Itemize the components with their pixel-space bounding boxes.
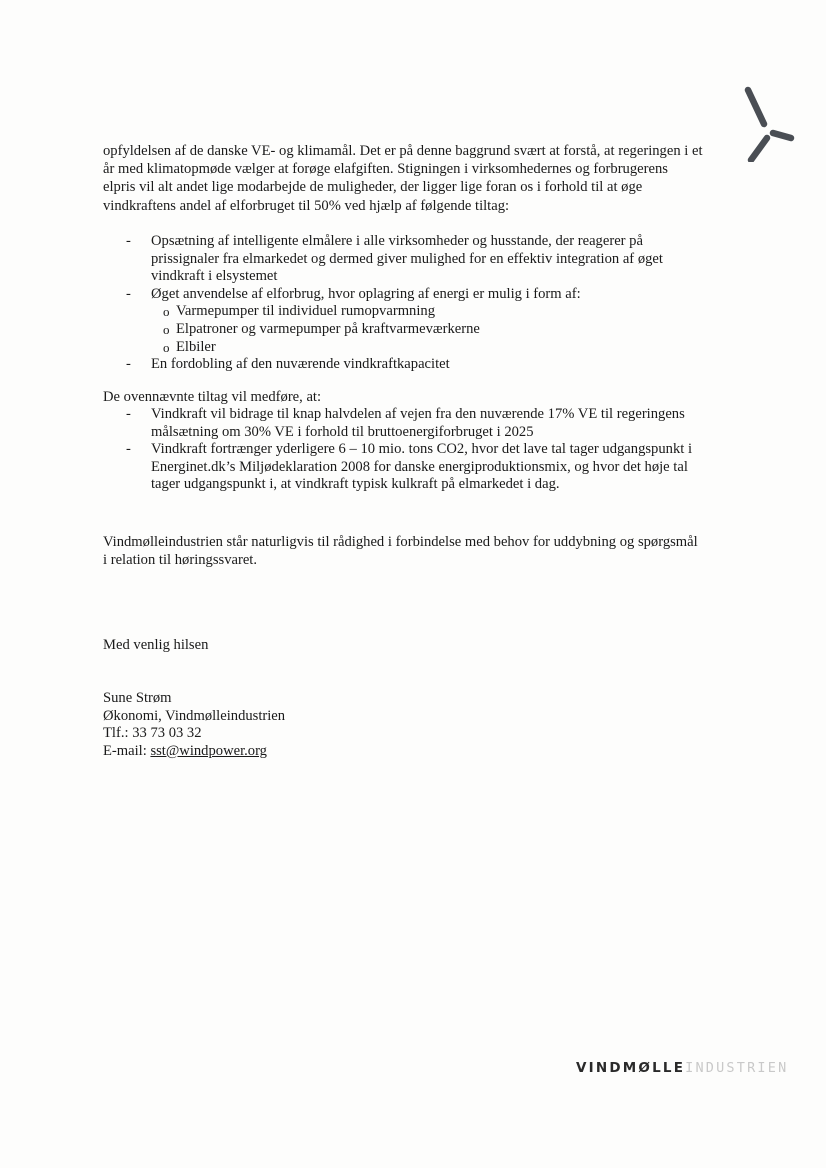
measure-item: - En fordobling af den nuværende vindkra…	[103, 356, 703, 374]
storage-option-item: oElbiler	[103, 339, 703, 357]
letter-page: opfyldelsen af de danske VE- og klimamål…	[0, 0, 826, 1168]
circle-bullet: o	[163, 303, 170, 321]
storage-option-item: oElpatroner og varmepumper på kraftvarme…	[103, 321, 703, 339]
wind-turbine-logo-icon	[738, 82, 798, 162]
availability-paragraph: Vindmølleindustrien står naturligvis til…	[103, 533, 703, 569]
signature-block: Sune Strøm Økonomi, Vindmølleindustrien …	[103, 690, 703, 760]
storage-options-list: oVarmepumper til individuel rumopvarmnin…	[151, 303, 703, 356]
dash-bullet: -	[126, 406, 131, 424]
signature-name: Sune Strøm	[103, 690, 703, 708]
storage-option-item: oVarmepumper til individuel rumopvarmnin…	[103, 303, 703, 321]
signature-phone: Tlf.: 33 73 03 32	[103, 725, 703, 743]
effects-intro: De ovennævnte tiltag vil medføre, at:	[103, 388, 703, 406]
measures-list: - Opsætning af intelligente elmålere i a…	[103, 233, 703, 374]
circle-bullet: o	[163, 321, 170, 339]
dash-bullet: -	[126, 356, 131, 374]
signature-email: E-mail: sst@windpower.org	[103, 743, 703, 761]
measure-item: - Øget anvendelse af elforbrug, hvor opl…	[103, 286, 703, 356]
dash-bullet: -	[126, 286, 131, 304]
intro-paragraph: opfyldelsen af de danske VE- og klimamål…	[103, 142, 703, 215]
measure-item: - Opsætning af intelligente elmålere i a…	[103, 233, 703, 286]
email-link[interactable]: sst@windpower.org	[150, 743, 267, 759]
effects-list: - Vindkraft vil bidrage til knap halvdel…	[103, 406, 703, 494]
dash-bullet: -	[126, 233, 131, 251]
closing-greeting: Med venlig hilsen	[103, 636, 703, 654]
footer-brand-logo: VINDMØLLEINDUSTRIEN	[576, 1060, 788, 1076]
effect-item: - Vindkraft fortrænger yderligere 6 – 10…	[103, 441, 703, 494]
circle-bullet: o	[163, 339, 170, 357]
dash-bullet: -	[126, 441, 131, 459]
effect-item: - Vindkraft vil bidrage til knap halvdel…	[103, 406, 703, 441]
signature-title: Økonomi, Vindmølleindustrien	[103, 708, 703, 726]
